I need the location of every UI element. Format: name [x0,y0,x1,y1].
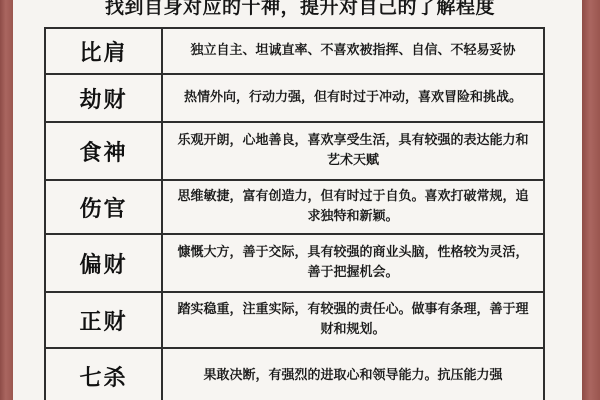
table-row: 偏财慷慨大方，善于交际，具有较强的商业头脑，性格较为灵活，善于把握机会。 [46,235,543,293]
description-cell: 踏实稳重，注重实际，有较强的责任心。做事有条理，善于理财和规划。 [163,293,543,347]
description-cell: 热情外向，行动力强，但有时过于冲动，喜欢冒险和挑战。 [163,75,543,121]
term-cell: 伤官 [46,181,163,233]
table-row: 劫财热情外向，行动力强，但有时过于冲动，喜欢冒险和挑战。 [46,75,543,123]
description-cell: 果敢决断，有强烈的进取心和领导能力。抗压能力强 [163,349,543,400]
table-row: 正财踏实稳重，注重实际，有较强的责任心。做事有条理，善于理财和规划。 [46,293,543,349]
description-cell: 思维敏捷，富有创造力，但有时过于自负。喜欢打破常规，追求独特和新颖。 [163,181,543,233]
table-row: 比肩独立自主、坦诚直率、不喜欢被指挥、自信、不轻易妥协 [46,29,543,75]
table-row: 食神乐观开朗，心地善良，喜欢享受生活，具有较强的表达能力和艺术天赋 [46,123,543,181]
right-accent-stripe [582,0,600,400]
term-cell: 七杀 [46,349,163,400]
table-row: 伤官思维敏捷，富有创造力，但有时过于自负。喜欢打破常规，追求独特和新颖。 [46,181,543,235]
infographic: 找到自身对应的十神，提升对自己的了解程度 比肩独立自主、坦诚直率、不喜欢被指挥、… [0,0,600,400]
term-cell: 正财 [46,293,163,347]
left-accent-stripe [0,0,13,400]
term-cell: 食神 [46,123,163,179]
term-cell: 比肩 [46,29,163,73]
term-cell: 偏财 [46,235,163,291]
term-cell: 劫财 [46,75,163,121]
ten-gods-table: 比肩独立自主、坦诚直率、不喜欢被指挥、自信、不轻易妥协劫财热情外向，行动力强，但… [44,27,545,400]
description-cell: 独立自主、坦诚直率、不喜欢被指挥、自信、不轻易妥协 [163,29,543,73]
page-title: 找到自身对应的十神，提升对自己的了解程度 [0,0,600,19]
table-row: 七杀果敢决断，有强烈的进取心和领导能力。抗压能力强 [46,349,543,400]
description-cell: 慷慨大方，善于交际，具有较强的商业头脑，性格较为灵活，善于把握机会。 [163,235,543,291]
description-cell: 乐观开朗，心地善良，喜欢享受生活，具有较强的表达能力和艺术天赋 [163,123,543,179]
